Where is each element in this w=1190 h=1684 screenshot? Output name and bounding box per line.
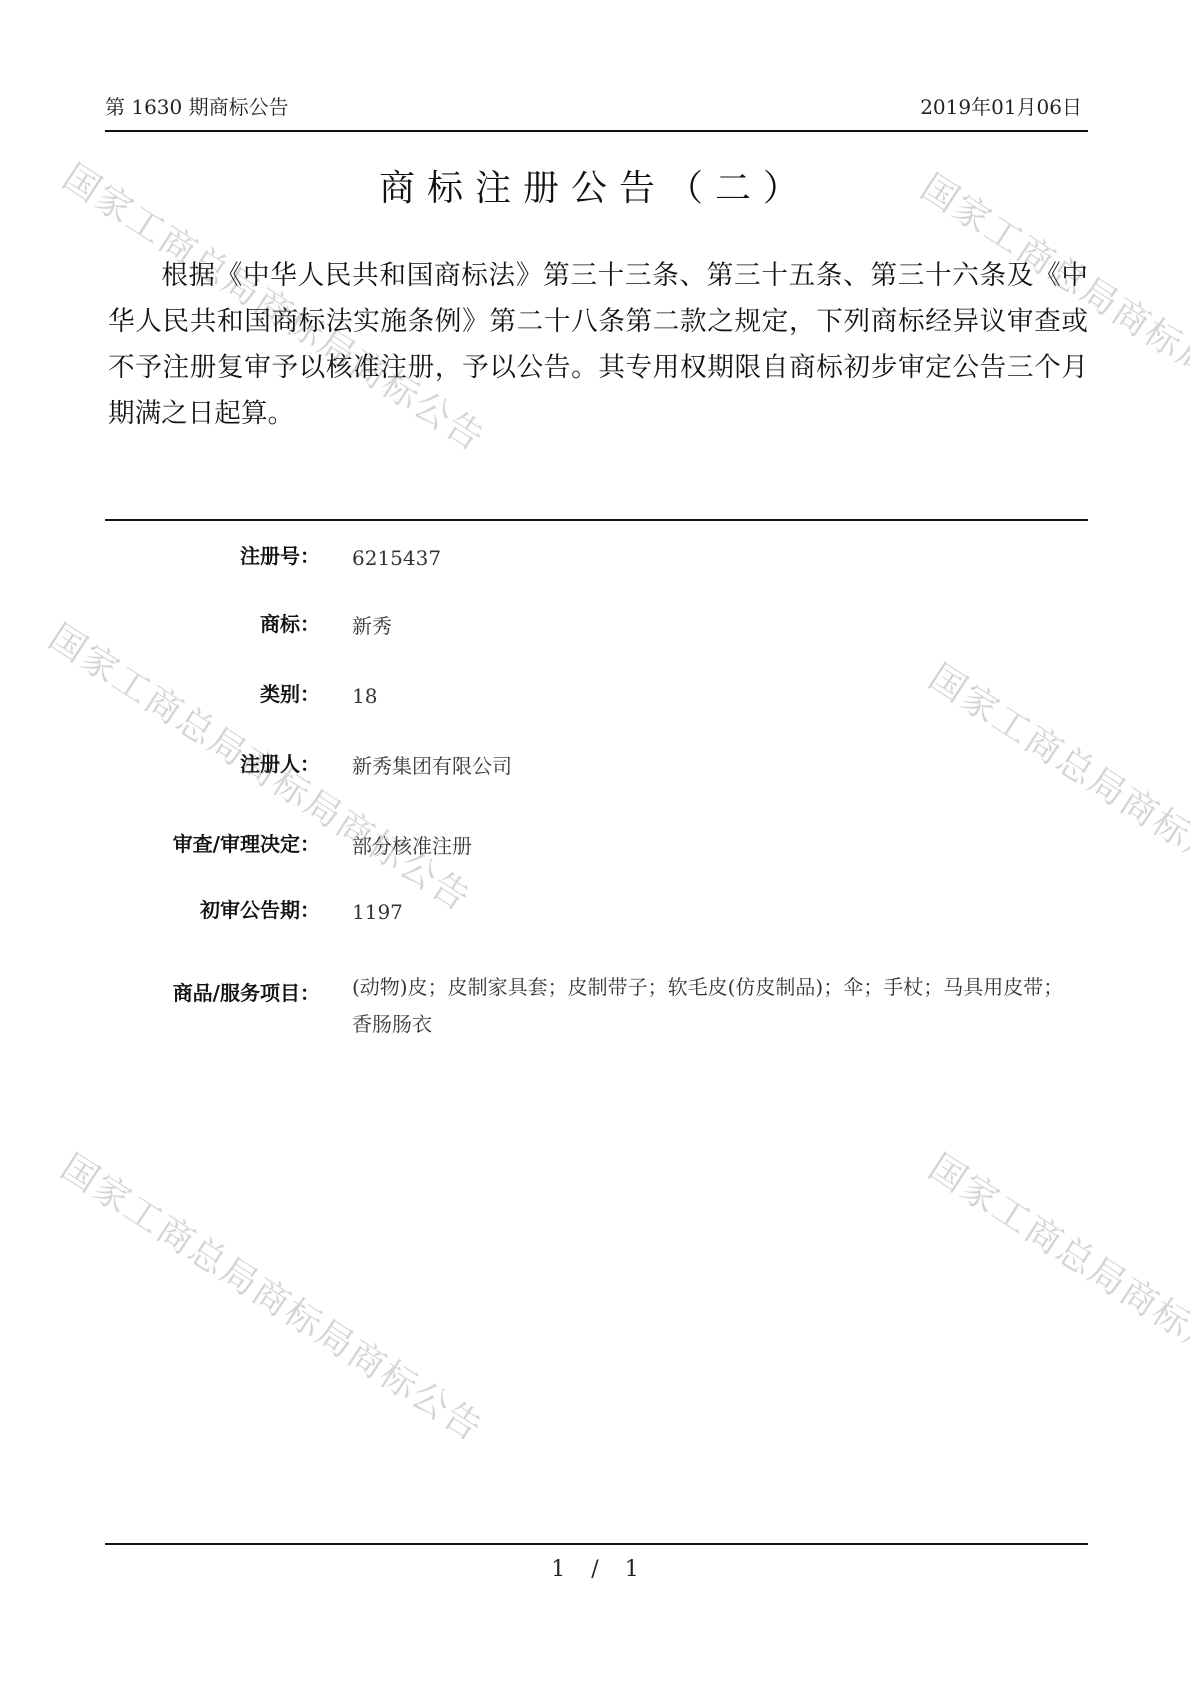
section-rule	[105, 519, 1088, 521]
field-value: 部分核准注册	[352, 828, 1082, 865]
page-current: 1	[551, 1557, 565, 1582]
publication-date: 2019年01月06日	[920, 91, 1082, 120]
field-value: 新秀	[352, 608, 1082, 645]
field-label: 商标：	[0, 608, 320, 637]
field-label: 注册人：	[0, 748, 320, 777]
field-value: 新秀集团有限公司	[352, 748, 1082, 785]
footer-rule	[105, 1543, 1088, 1545]
field-value: 18	[352, 678, 1082, 715]
field-value: 6215437	[352, 540, 1082, 577]
watermark: 国家工商总局商标局商标公告	[52, 1140, 494, 1452]
page-total: 1	[625, 1557, 639, 1582]
intro-paragraph: 根据《中华人民共和国商标法》第三十三条、第三十五条、第三十六条及《中华人民共和国…	[108, 253, 1088, 437]
page-title: 商标注册公告（二）	[0, 160, 1190, 211]
field-label: 类别：	[0, 678, 320, 707]
field-label: 初审公告期：	[0, 894, 320, 923]
watermark: 国家工商总局商标局商标公告	[920, 1140, 1190, 1452]
field-label: 商品/服务项目：	[0, 977, 320, 1006]
field-label: 注册号：	[0, 540, 320, 569]
field-value: 1197	[352, 894, 1082, 931]
field-label: 审查/审理决定：	[0, 828, 320, 857]
page-separator: /	[591, 1557, 598, 1582]
issue-number: 第 1630 期商标公告	[105, 91, 289, 120]
header-rule	[105, 130, 1088, 132]
page-number: 1/1	[0, 1557, 1190, 1582]
field-value: (动物)皮；皮制家具套；皮制带子；软毛皮(仿皮制品)；伞；手杖；马具用皮带；香肠…	[352, 969, 1082, 1043]
